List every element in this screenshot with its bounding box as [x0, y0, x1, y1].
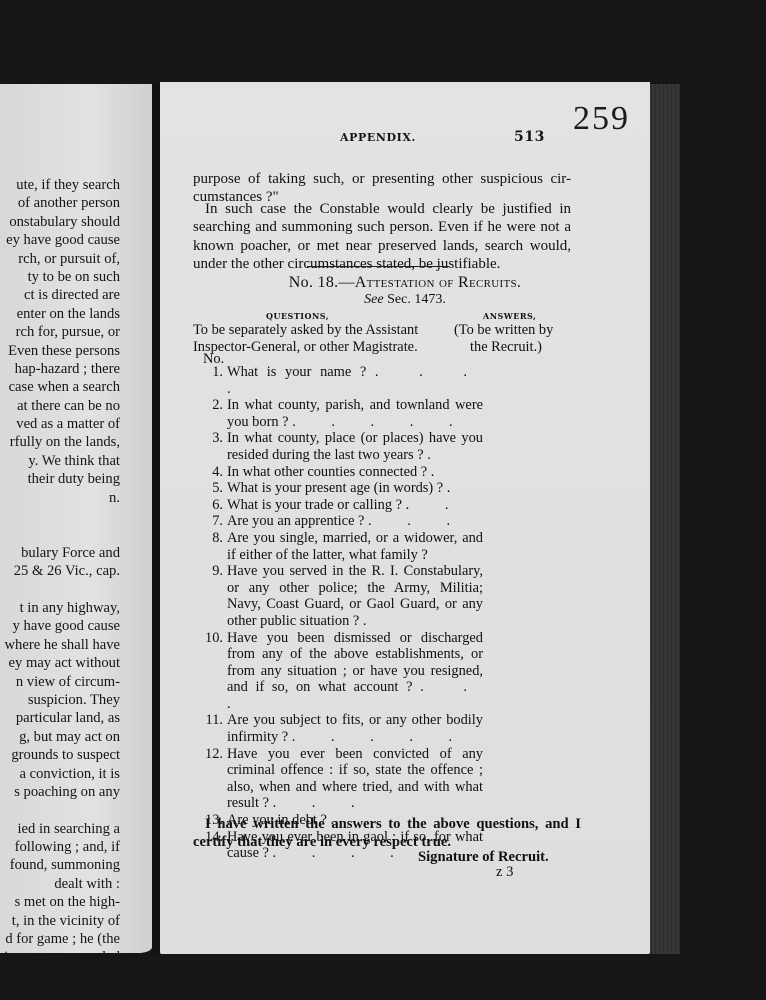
answers-note-line: (To be written by [454, 322, 553, 339]
question-number: 10. [203, 630, 227, 713]
leader-dots: . [447, 480, 467, 496]
left-page-line [0, 581, 120, 599]
left-page-line: ct is directed are [0, 286, 120, 304]
question-text: Are you single, married, or a widower, a… [227, 530, 483, 563]
question-item: 4.In what other counties connected ? . [203, 464, 483, 481]
left-page-line: 25 & 26 Vic., cap. [0, 562, 120, 580]
leader-dots: . [427, 447, 447, 463]
left-page-line: ey may act without [0, 654, 120, 672]
running-head-title: APPENDIX. [340, 131, 416, 144]
leader-dots: . [363, 613, 383, 629]
questions-list: 1.What is your name ? . . . .2.In what c… [203, 364, 483, 862]
left-page-line: at there can be no [0, 397, 120, 415]
left-page-line: following ; and, if [0, 838, 120, 856]
question-text: In what county, place (or places) have y… [227, 430, 483, 463]
section-number: No. 18.— [289, 274, 355, 291]
left-page-line: ved as a matter of [0, 415, 120, 433]
question-number: 11. [203, 712, 227, 745]
question-number: 8. [203, 530, 227, 563]
questions-column-label: QUESTIONS, [266, 311, 329, 321]
left-page-line: ey have good cause [0, 231, 120, 249]
left-page-line [0, 507, 120, 525]
see-label: See [364, 292, 383, 307]
question-item: 9.Have you served in the R. I. Constabul… [203, 563, 483, 629]
left-page-line: bulary Force and [0, 544, 120, 562]
left-page-line [0, 525, 120, 543]
question-item: 7.Are you an apprentice ? . . . [203, 513, 483, 530]
left-page-line: their duty being [0, 470, 120, 488]
left-page-line: ute, if they search [0, 176, 120, 194]
left-page-line: of another person [0, 194, 120, 212]
left-page-line: found, summoning [0, 856, 120, 874]
left-page: ute, if they searchof another persononst… [0, 84, 152, 953]
question-text: Have you served in the R. I. Constabular… [227, 563, 483, 629]
left-page-line: s poaching on any [0, 783, 120, 801]
leader-dots: . . [406, 497, 465, 513]
section-title: Attestation of Recruits. [355, 274, 521, 291]
left-page-line: y have good cause [0, 617, 120, 635]
question-number: 5. [203, 480, 227, 497]
question-text: Have you ever been convicted of any crim… [227, 746, 483, 812]
answers-column-label: ANSWERS, [483, 311, 536, 321]
left-page-line: ied in searching a [0, 820, 120, 838]
left-page-line: enter on the lands [0, 305, 120, 323]
question-text: Have you been dismissed or discharged fr… [227, 630, 483, 713]
left-page-line: a conviction, it is [0, 765, 120, 783]
left-page-line: ing game concealed [0, 948, 120, 953]
questions-note-line: Inspector-General, or other Magistrate. [193, 339, 418, 356]
question-text: What is your trade or calling ? . . [227, 497, 483, 514]
question-item: 12.Have you ever been convicted of any c… [203, 746, 483, 812]
left-page-line: d for game ; he (the [0, 930, 120, 948]
left-page-line: Even these persons [0, 342, 120, 360]
left-page-line: grounds to suspect [0, 746, 120, 764]
leader-dots: . [431, 464, 451, 480]
question-text: Are you subject to fits, or any other bo… [227, 712, 483, 745]
question-text: What is your name ? . . . . [227, 364, 483, 397]
left-page-line: s met on the high- [0, 893, 120, 911]
signature-label: Signature of Recruit. [418, 849, 549, 866]
question-item: 11.Are you subject to fits, or any other… [203, 712, 483, 745]
see-reference: See Sec. 1473. [160, 292, 650, 308]
leader-dots: . . . [227, 679, 483, 712]
left-page-line: case when a search [0, 378, 120, 396]
section-divider [307, 266, 449, 267]
leader-dots: . . . [368, 513, 466, 529]
question-number: 2. [203, 397, 227, 430]
question-item: 8.Are you single, married, or a widower,… [203, 530, 483, 563]
question-item: 5.What is your present age (in words) ? … [203, 480, 483, 497]
left-page-line: suspicion. They [0, 691, 120, 709]
left-page-line: rfully on the lands, [0, 433, 120, 451]
left-page-line: n. [0, 489, 120, 507]
question-number: 1. [203, 364, 227, 397]
leader-dots: . . . . . [292, 729, 468, 745]
left-page-line: rch for, pursue, or [0, 323, 120, 341]
left-page-line: t, in the vicinity of [0, 912, 120, 930]
left-page-text: ute, if they searchof another persononst… [0, 176, 120, 953]
question-text: What is your present age (in words) ? . [227, 480, 483, 497]
section-heading: No. 18.—Attestation of Recruits. [160, 274, 650, 292]
left-page-line: g, but may act on [0, 728, 120, 746]
questions-note-line: To be separately asked by the Assistant [193, 322, 418, 339]
question-number: 4. [203, 464, 227, 481]
question-text: In what county, parish, and townland wer… [227, 397, 483, 430]
folio-stamp: 259 [573, 100, 630, 138]
questions-note: To be separately asked by the Assistant … [193, 322, 418, 356]
leader-dots: . . . [273, 795, 371, 811]
left-page-line: t in any highway, [0, 599, 120, 617]
question-item: 2.In what county, parish, and townland w… [203, 397, 483, 430]
question-number: 12. [203, 746, 227, 812]
question-number: 7. [203, 513, 227, 530]
left-page-line: dealt with : [0, 875, 120, 893]
answers-note: (To be written by the Recruit.) [454, 322, 553, 356]
question-item: 1.What is your name ? . . . . [203, 364, 483, 397]
left-page-line: ty to be on such [0, 268, 120, 286]
left-page-line: where he shall have [0, 636, 120, 654]
question-item: 3.In what county, place (or places) have… [203, 430, 483, 463]
left-page-line: hap-hazard ; there [0, 360, 120, 378]
leader-dots: . . . . [227, 364, 483, 397]
signature-mark: z 3 [496, 864, 513, 881]
left-page-line: n view of circum- [0, 673, 120, 691]
question-number: 9. [203, 563, 227, 629]
book-gutter [152, 84, 160, 954]
question-item: 6.What is your trade or calling ? . . [203, 497, 483, 514]
left-page-line: onstabulary should [0, 213, 120, 231]
question-text: Are you an apprentice ? . . . [227, 513, 483, 530]
page-number: 513 [514, 129, 545, 145]
question-item: 10.Have you been dismissed or discharged… [203, 630, 483, 713]
left-page-line: rch, or pursuit of, [0, 250, 120, 268]
leader-dots: . . . . . [292, 414, 468, 430]
question-text: In what other counties connected ? . [227, 464, 483, 481]
left-page-line: y. We think that [0, 452, 120, 470]
question-number: 6. [203, 497, 227, 514]
commentary-paragraph: In such case the Constable would clearly… [193, 200, 571, 273]
see-section: Sec. 1473. [387, 292, 446, 307]
question-number: 3. [203, 430, 227, 463]
answers-note-line: the Recruit.) [454, 339, 553, 356]
certification-text: I have written the answers to the above … [193, 816, 581, 851]
left-page-line: particular land, as [0, 709, 120, 727]
left-page-line [0, 801, 120, 819]
page-edges [650, 84, 680, 954]
